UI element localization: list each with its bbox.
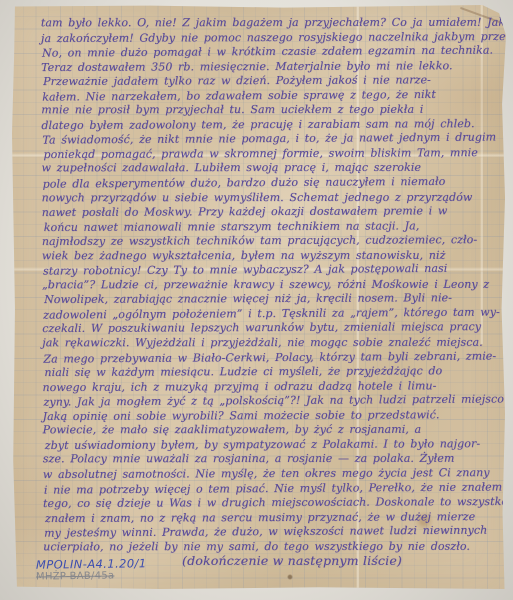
letter-line: „bracia”? Ludzie ci, przeważnie krawcy i… [42, 278, 504, 293]
letter-line: najmłodszy ze wszystkich techników tam p… [42, 233, 504, 250]
old-archive-number-crossed-out: MHŻP-BAB/45a [36, 570, 115, 582]
letter-line: tam było lekko. O, nie! Z jakim bagażem … [41, 16, 503, 31]
letter-line: my jesteśmy winni. Prawda, że dużo, w wi… [44, 524, 506, 542]
letter-line: końcu nawet mianowali mnie starszym tech… [44, 219, 506, 236]
letter-line: nowych przyrządów u siebie wymyśliłem. S… [42, 190, 504, 205]
archive-number: MPOLIN-A4.1.20/1 [36, 556, 147, 572]
letter-line: czekali. W poszukiwaniu lepszych warunkó… [42, 320, 504, 337]
letter-line: niali się w każdym miesiącu. Ludzie ci m… [44, 364, 506, 381]
letter-text-block: tam było lekko. O, nie! Z jakim bagażem … [41, 15, 505, 555]
letter-line: starzy robotnicy! Czy Ty to mnie wybaczy… [43, 262, 505, 280]
letter-line: i nie ma potrzeby więcej o tem pisać. Ni… [44, 480, 506, 498]
letter-line: jak rękawiczki. Wyjeżdżali i przyjeżdżal… [42, 336, 504, 351]
letter-line: zadowoleni „ogólnym położeniem” i t.p. T… [43, 305, 505, 323]
letter-line: mnie nie prosił bym przyjechał tu. Sam u… [41, 103, 503, 118]
letter-line: pole dla eksperymentów dużo, bardzo dużo… [43, 174, 505, 192]
scan-background: tam było lekko. O, nie! Z jakim bagażem … [0, 0, 513, 600]
letter-line: Powiecie, że mało się zaaklimatyzowałem,… [43, 423, 505, 438]
handwritten-letter-paper: tam było lekko. O, nie! Z jakim bagażem … [12, 5, 506, 589]
letter-line: sze. Polacy mnie uważali za rosjanina, a… [43, 452, 505, 467]
continuation-note: (dokończenie w następnym liście) [182, 553, 402, 568]
